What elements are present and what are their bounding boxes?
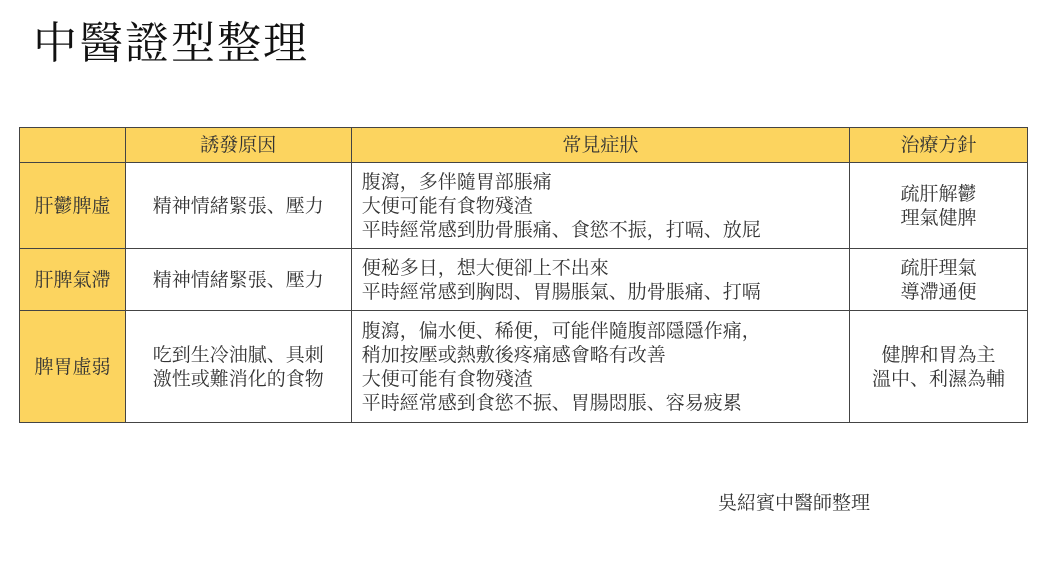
header-corner: [20, 128, 126, 163]
principle-cell: 疏肝理氣 導滯通便: [850, 249, 1028, 311]
table-row: 脾胃虛弱 吃到生冷油膩、具刺 激性或難消化的食物 腹瀉，偏水便、稀便，可能伴隨腹…: [20, 311, 1028, 423]
symptoms-cell: 腹瀉，偏水便、稀便，可能伴隨腹部隱隱作痛， 稍加按壓或熱敷後疼痛感會略有改善 大…: [351, 311, 849, 423]
symptom-line: 腹瀉，偏水便、稀便，可能伴隨腹部隱隱作痛，: [362, 319, 839, 343]
symptom-line: 便秘多日，想大便卻上不出來: [362, 256, 839, 280]
header-symptoms: 常見症狀: [351, 128, 849, 163]
principle-line: 導滯通便: [860, 280, 1017, 304]
header-cause: 誘發原因: [125, 128, 351, 163]
symptom-line: 稍加按壓或熱敷後疼痛感會略有改善: [362, 343, 839, 367]
principle-line: 疏肝解鬱: [860, 182, 1017, 206]
author-credit: 吳紹賓中醫師整理: [718, 488, 870, 515]
table-row: 肝脾氣滯 精神情緒緊張、壓力 便秘多日，想大便卻上不出來 平時經常感到胸悶、胃腸…: [20, 249, 1028, 311]
pattern-name: 肝鬱脾虛: [20, 163, 126, 249]
table-header-row: 誘發原因 常見症狀 治療方針: [20, 128, 1028, 163]
pattern-name: 肝脾氣滯: [20, 249, 126, 311]
cause-cell: 精神情緒緊張、壓力: [125, 249, 351, 311]
principle-cell: 健脾和胃為主 溫中、利濕為輔: [850, 311, 1028, 423]
header-principle: 治療方針: [850, 128, 1028, 163]
cause-line: 精神情緒緊張、壓力: [136, 194, 341, 218]
cause-cell: 精神情緒緊張、壓力: [125, 163, 351, 249]
cause-line: 激性或難消化的食物: [136, 367, 341, 391]
principle-cell: 疏肝解鬱 理氣健脾: [850, 163, 1028, 249]
principle-line: 理氣健脾: [860, 206, 1017, 230]
symptom-line: 大便可能有食物殘渣: [362, 194, 839, 218]
principle-line: 溫中、利濕為輔: [860, 367, 1017, 391]
symptom-line: 平時經常感到食慾不振、胃腸悶脹、容易疲累: [362, 391, 839, 415]
table-row: 肝鬱脾虛 精神情緒緊張、壓力 腹瀉，多伴隨胃部脹痛 大便可能有食物殘渣 平時經常…: [20, 163, 1028, 249]
symptom-line: 大便可能有食物殘渣: [362, 367, 839, 391]
cause-cell: 吃到生冷油膩、具刺 激性或難消化的食物: [125, 311, 351, 423]
symptoms-cell: 便秘多日，想大便卻上不出來 平時經常感到胸悶、胃腸脹氣、肋骨脹痛、打嗝: [351, 249, 849, 311]
pattern-name: 脾胃虛弱: [20, 311, 126, 423]
syndrome-table: 誘發原因 常見症狀 治療方針 肝鬱脾虛 精神情緒緊張、壓力 腹瀉，多伴隨胃部脹痛…: [19, 127, 1028, 423]
principle-line: 健脾和胃為主: [860, 343, 1017, 367]
symptoms-cell: 腹瀉，多伴隨胃部脹痛 大便可能有食物殘渣 平時經常感到肋骨脹痛、食慾不振，打嗝、…: [351, 163, 849, 249]
principle-line: 疏肝理氣: [860, 256, 1017, 280]
page-title: 中醫證型整理: [33, 14, 309, 74]
symptom-line: 平時經常感到肋骨脹痛、食慾不振，打嗝、放屁: [362, 218, 839, 242]
cause-line: 精神情緒緊張、壓力: [136, 268, 341, 292]
symptom-line: 平時經常感到胸悶、胃腸脹氣、肋骨脹痛、打嗝: [362, 280, 839, 304]
symptom-line: 腹瀉，多伴隨胃部脹痛: [362, 170, 839, 194]
cause-line: 吃到生冷油膩、具刺: [136, 343, 341, 367]
